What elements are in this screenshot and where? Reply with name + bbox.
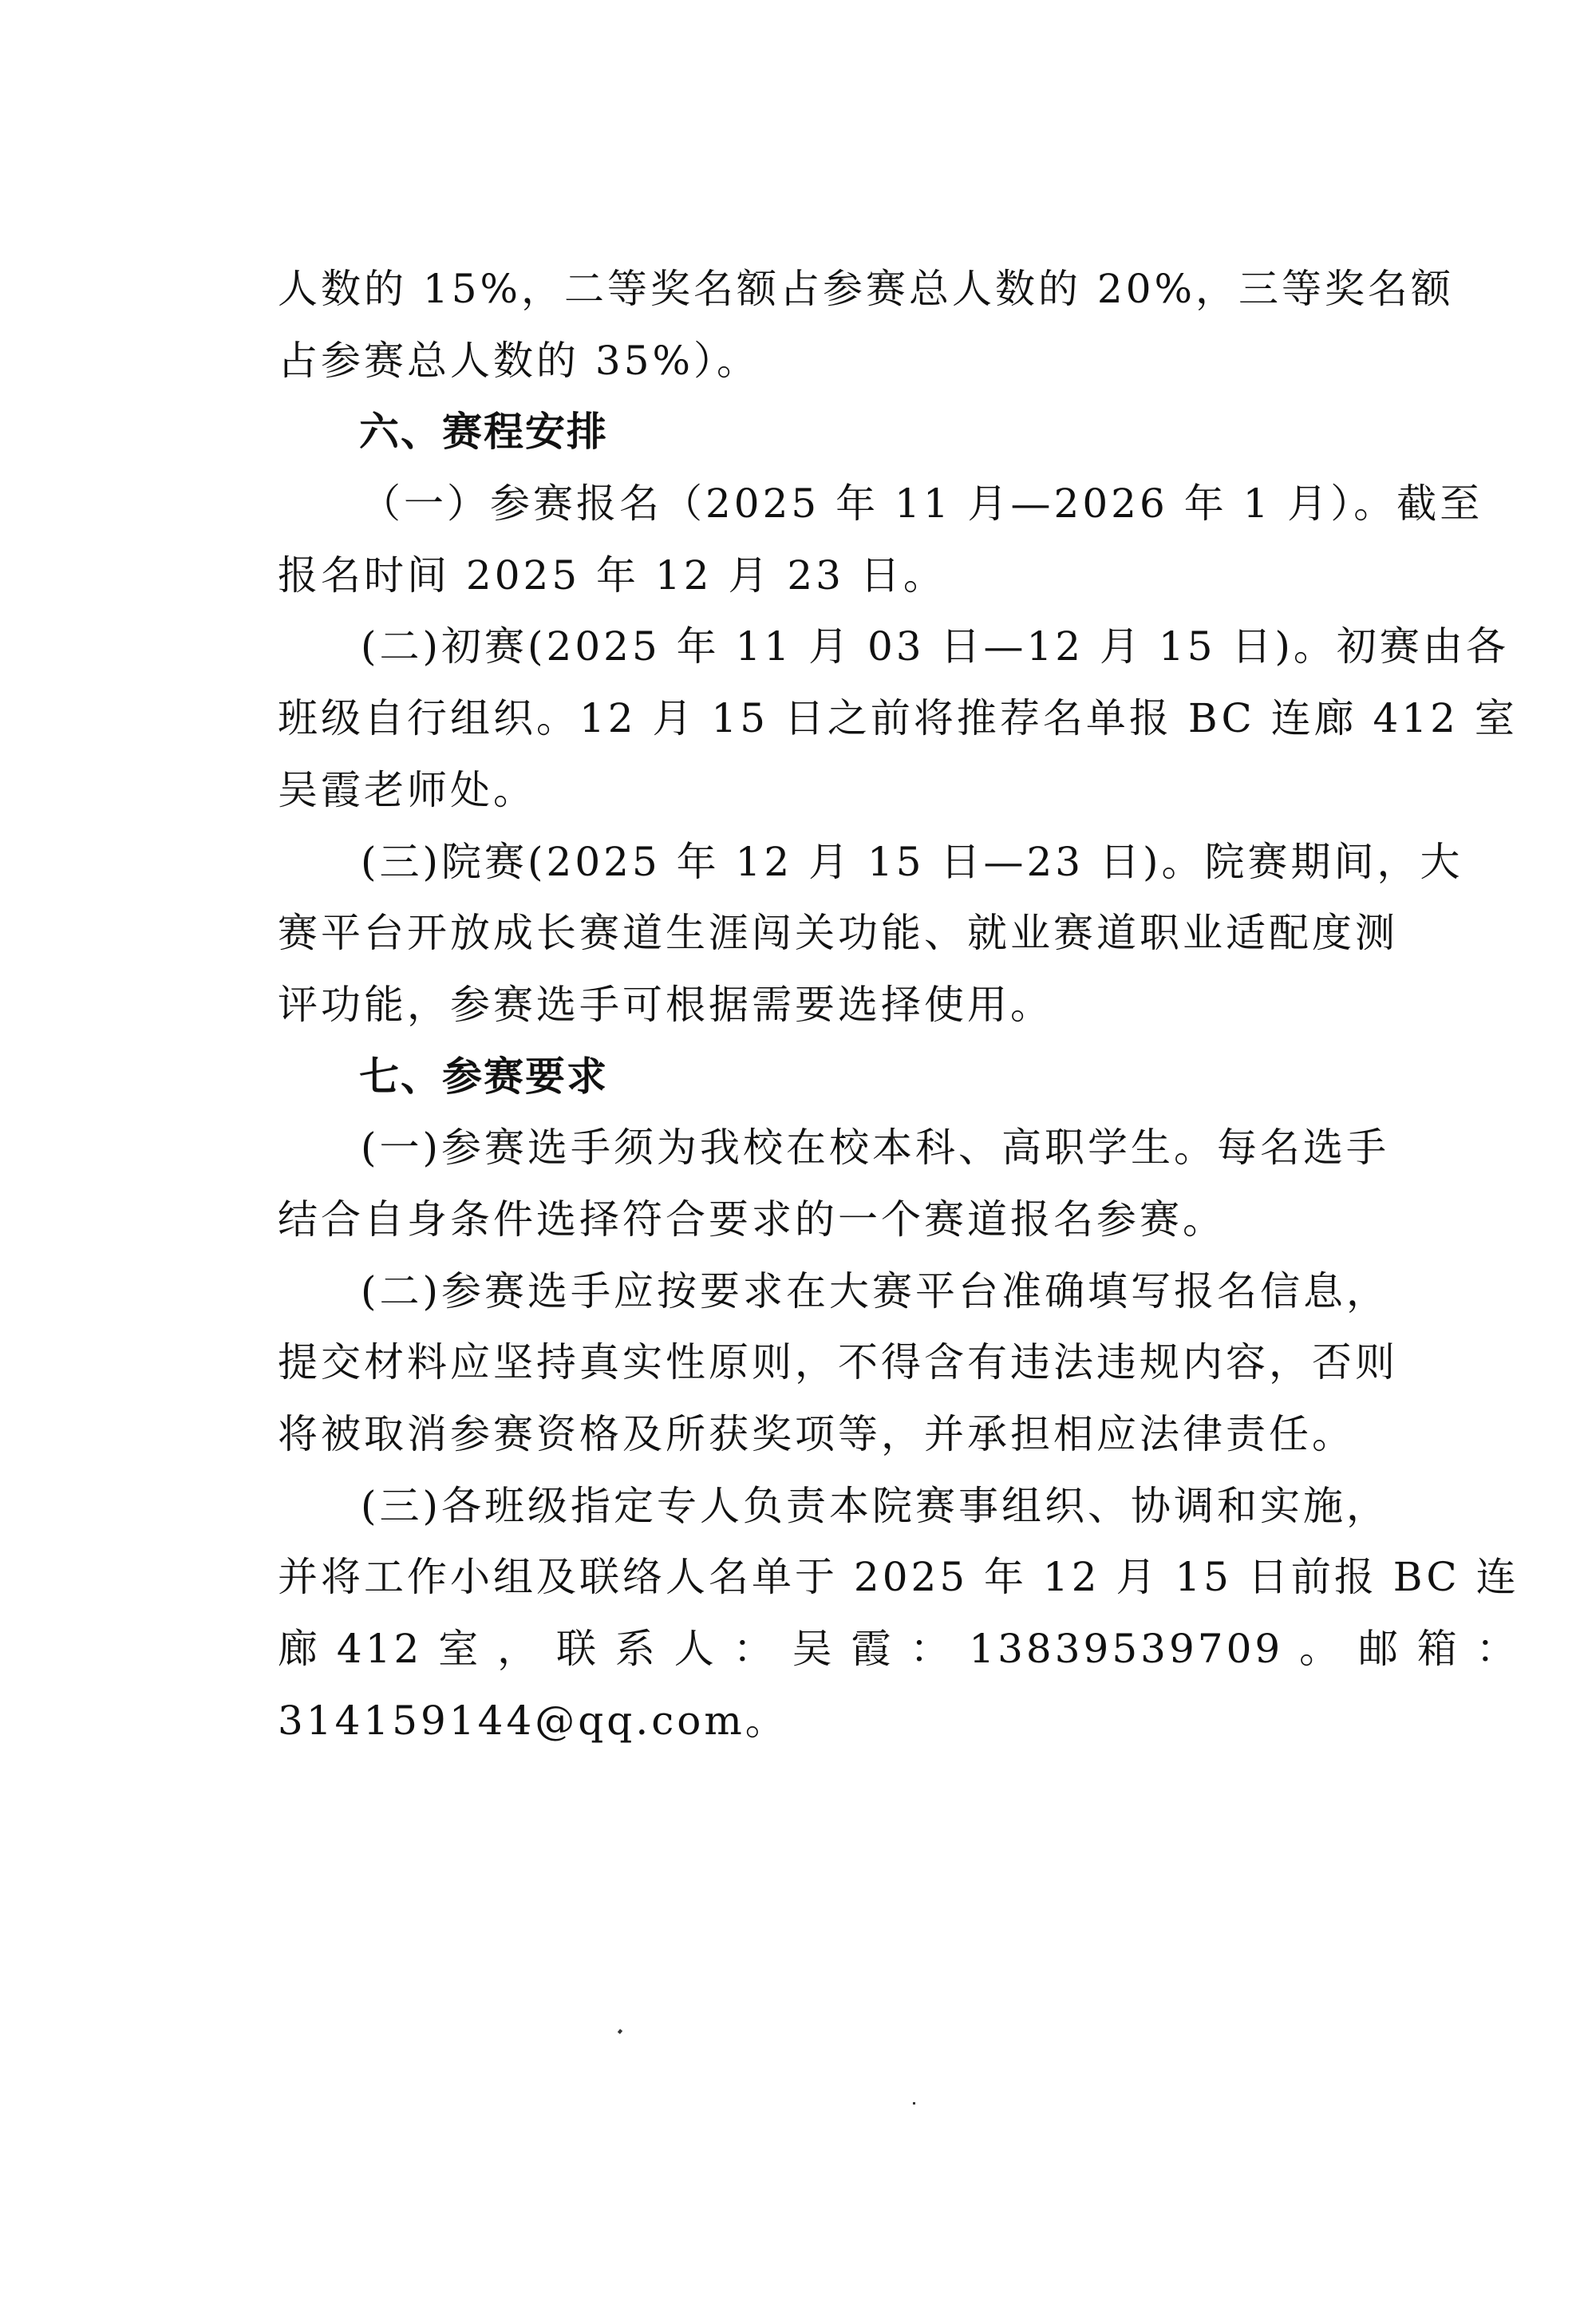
paragraph-line: 占参赛总人数的 35%）。: [278, 326, 1319, 397]
paragraph-first-line: (三)各班级指定专人负责本院赛事组织、协调和实施，: [278, 1471, 1319, 1543]
paragraph-first-line: (二)初赛(2025 年 11 月 03 日—12 月 15 日)。初赛由各: [278, 611, 1319, 683]
paragraph-first-line: （一）参赛报名（2025 年 11 月—2026 年 1 月）。截至: [278, 468, 1319, 540]
section-heading: 六、赛程安排: [278, 397, 1319, 468]
paragraph-first-line: (三)院赛(2025 年 12 月 15 日—23 日)。院赛期间，大: [278, 827, 1319, 899]
paragraph-line: 班级自行组织。12 月 15 日之前将推荐名单报 BC 连廊 412 室: [278, 683, 1319, 755]
paragraph-line: 吴霞老师处。: [278, 755, 1319, 827]
paragraph-line: 并将工作小组及联络人名单于 2025 年 12 月 15 日前报 BC 连: [278, 1542, 1319, 1614]
section-heading: 七、参赛要求: [278, 1041, 1319, 1113]
paragraph-line: 赛平台开放成长赛道生涯闯关功能、就业赛道职业适配度测: [278, 898, 1319, 970]
paragraph-line: 报名时间 2025 年 12 月 23 日。: [278, 540, 1319, 612]
paragraph-line: 将被取消参赛资格及所获奖项等，并承担相应法律责任。: [278, 1399, 1319, 1471]
paragraph-line: 廊 412 室 ， 联 系 人 ： 吴 霞 ： 13839539709 。 邮 …: [278, 1614, 1319, 1686]
paragraph-first-line: (二)参赛选手应按要求在大赛平台准确填写报名信息，: [278, 1256, 1319, 1328]
paragraph-first-line: (一)参赛选手须为我校在校本科、高职学生。每名选手: [278, 1113, 1319, 1184]
paragraph-line: 314159144@qq.com。: [278, 1686, 1319, 1757]
document-page: 人数的 15%，二等奖名额占参赛总人数的 20%，三等奖名额占参赛总人数的 35…: [278, 254, 1319, 1757]
scan-speck: [618, 2029, 622, 2034]
paragraph-line: 人数的 15%，二等奖名额占参赛总人数的 20%，三等奖名额: [278, 254, 1319, 326]
paragraph-line: 提交材料应坚持真实性原则，不得含有违法违规内容，否则: [278, 1327, 1319, 1399]
scan-speck: [913, 2102, 915, 2105]
paragraph-line: 结合自身条件选择符合要求的一个赛道报名参赛。: [278, 1184, 1319, 1256]
paragraph-line: 评功能，参赛选手可根据需要选择使用。: [278, 970, 1319, 1041]
